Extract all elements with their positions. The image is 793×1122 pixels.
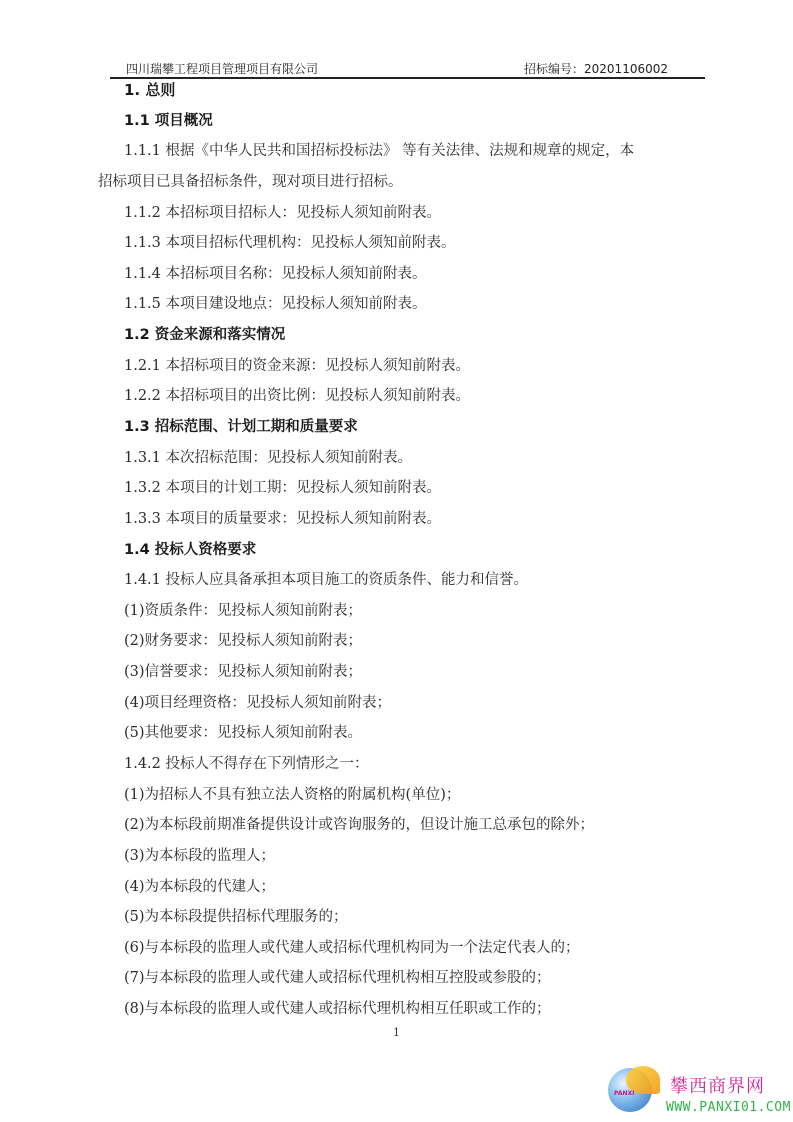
bid-number: 招标编号：20201106002	[524, 60, 668, 77]
header-divider	[110, 77, 705, 79]
watermark-site-name: 攀西商界网	[670, 1072, 765, 1098]
paragraph-line: (7)与本标段的监理人或代建人或招标代理机构相互控股或参股的；	[124, 968, 551, 988]
paragraph-line: 1.1.5 本项目建设地点：见投标人须知前附表。	[124, 294, 427, 314]
paragraph-line: 招标项目已具备招标条件，现对项目进行招标。	[98, 172, 403, 192]
page-header: 四川瑞攀工程项目管理项目有限公司 招标编号：20201106002	[118, 58, 698, 78]
paragraph-line: 1.3.1 本次招标范围：见投标人须知前附表。	[124, 448, 412, 468]
paragraph-line: 1.3.2 本项目的计划工期：见投标人须知前附表。	[124, 478, 441, 498]
paragraph-line: 1.4.1 投标人应具备承担本项目施工的资质条件、能力和信誉。	[124, 570, 528, 590]
paragraph-line: (6)与本标段的监理人或代建人或招标代理机构同为一个法定代表人的；	[124, 938, 580, 958]
paragraph-line: (3)信誉要求：见投标人须知前附表；	[124, 662, 362, 682]
paragraph-line: 1.3.3 本项目的质量要求：见投标人须知前附表。	[124, 509, 441, 529]
paragraph-line: 1.1.3 本项目招标代理机构：见投标人须知前附表。	[124, 233, 456, 253]
paragraph-line: (4)为本标段的代建人；	[124, 877, 275, 897]
paragraph-line: 1.2.1 本招标项目的资金来源：见投标人须知前附表。	[124, 356, 470, 376]
watermark-url: WWW.PANXI01.COM	[666, 1100, 791, 1115]
paragraph-line: 1.1.4 本招标项目名称：见投标人须知前附表。	[124, 264, 427, 284]
section-heading: 1.3 招标范围、计划工期和质量要求	[124, 417, 358, 437]
paragraph-line: (1)资质条件：见投标人须知前附表；	[124, 601, 362, 621]
paragraph-line: (2)为本标段前期准备提供设计或咨询服务的，但设计施工总承包的除外；	[124, 815, 594, 835]
paragraph-line: (4)项目经理资格：见投标人须知前附表；	[124, 693, 391, 713]
paragraph-line: 1.4.2 投标人不得存在下列情形之一：	[124, 754, 369, 774]
chapter-heading: 1. 总则	[124, 80, 175, 100]
paragraph-line: (3)为本标段的监理人；	[124, 846, 275, 866]
paragraph-line: 1.1.2 本招标项目招标人：见投标人须知前附表。	[124, 203, 441, 223]
paragraph-line: 1.1.1 根据《中华人民共和国招标投标法》 等有关法律、法规和规章的规定，本	[124, 141, 634, 161]
section-heading: 1.4 投标人资格要求	[124, 540, 256, 560]
watermark-logo: PANXI 攀西商界网 WWW.PANXI01.COM	[600, 1060, 793, 1122]
paragraph-line: 1.2.2 本招标项目的出资比例：见投标人须知前附表。	[124, 386, 470, 406]
section-heading: 1.2 资金来源和落实情况	[124, 325, 285, 345]
company-name: 四川瑞攀工程项目管理项目有限公司	[126, 60, 318, 77]
paragraph-line: (1)为招标人不具有独立法人资格的附属机构(单位)；	[124, 785, 460, 805]
paragraph-line: (5)为本标段提供招标代理服务的；	[124, 907, 348, 927]
paragraph-line: (8)与本标段的监理人或代建人或招标代理机构相互任职或工作的；	[124, 999, 551, 1019]
section-heading: 1.1 项目概况	[124, 111, 213, 131]
watermark-logo-text: PANXI	[614, 1090, 634, 1097]
paragraph-line: (5)其他要求：见投标人须知前附表。	[124, 723, 362, 743]
paragraph-line: (2)财务要求：见投标人须知前附表；	[124, 631, 362, 651]
page-number: 1	[393, 1026, 400, 1039]
